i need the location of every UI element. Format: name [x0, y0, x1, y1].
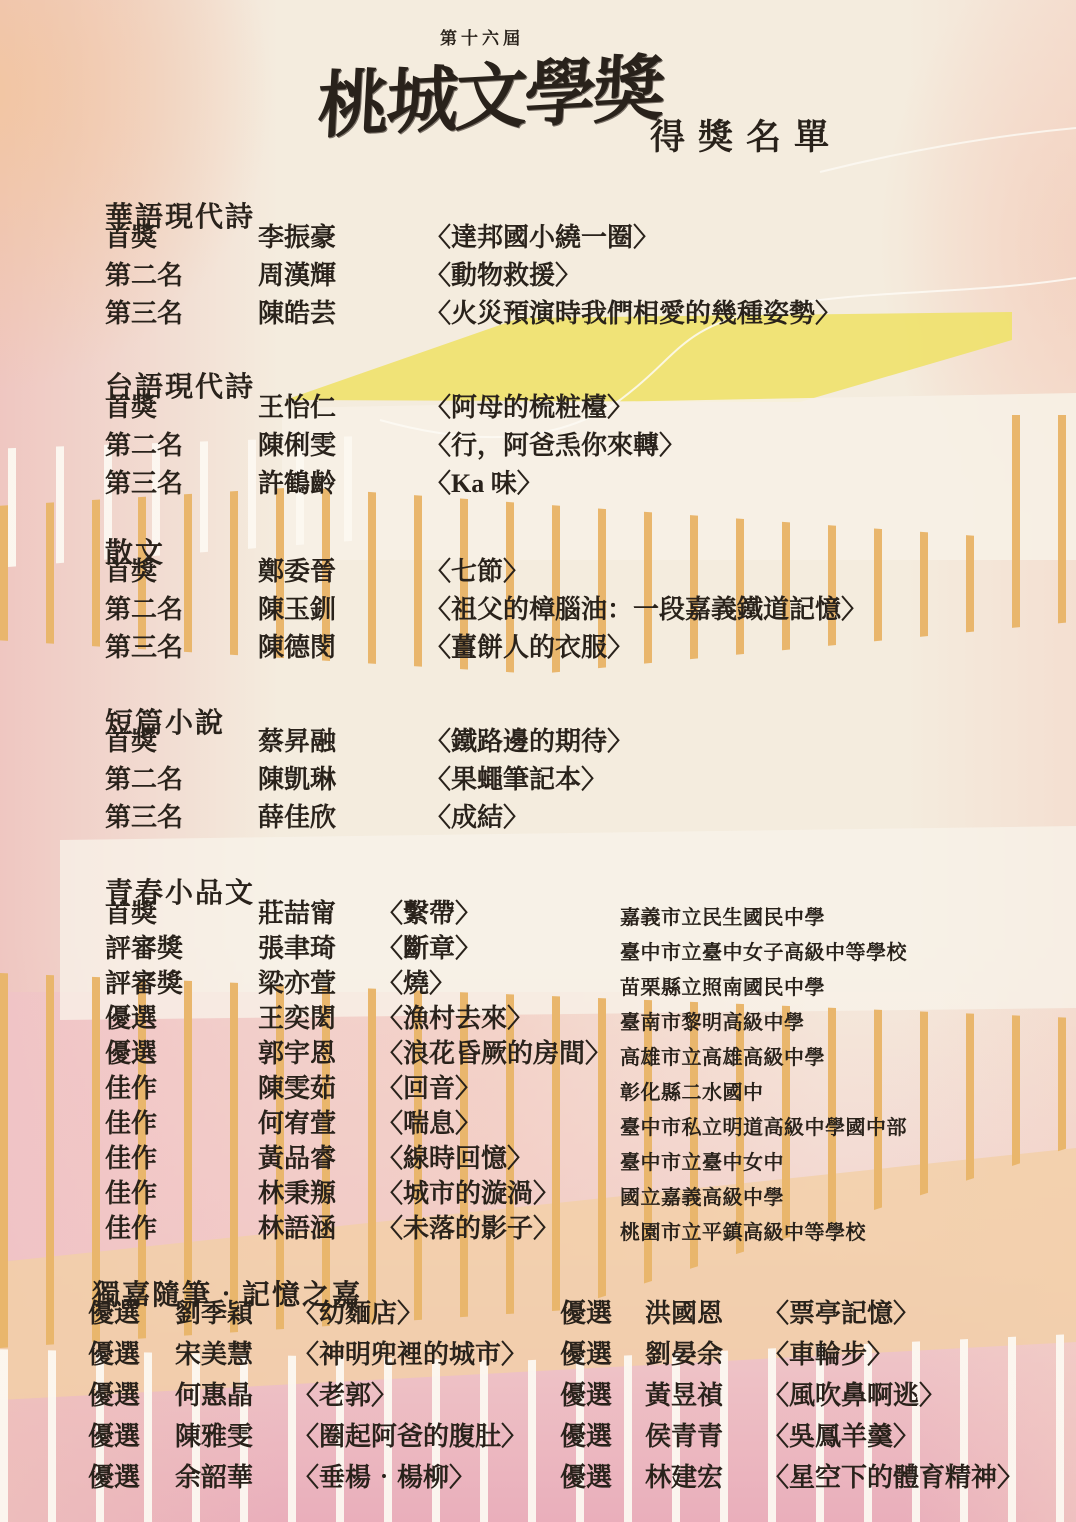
winner-name: 郭宇恩 — [258, 1038, 336, 1070]
work-title: 〈成結〉 — [425, 802, 529, 834]
winner-name: 黃昱禎 — [645, 1380, 723, 1412]
winner-name: 許鶴齡 — [258, 468, 336, 500]
rank-label: 佳作 — [105, 1213, 157, 1245]
work-title: 〈Ka 味〉 — [425, 468, 543, 500]
poster-content: 第十六屆 桃城文學獎 得獎名單 華語現代詩 首獎 李振豪 〈達邦國小繞一圈〉 第… — [0, 0, 1076, 1522]
winner-name: 薛佳欣 — [258, 802, 336, 834]
school-name: 臺中市立臺中女中 — [620, 1147, 784, 1179]
rank-label: 第三名 — [105, 802, 183, 834]
work-title: 〈幼麵店〉 — [293, 1298, 423, 1330]
winner-name: 林秉羱 — [258, 1178, 336, 1210]
winner-name: 李振豪 — [258, 222, 336, 254]
school-name: 桃園市立平鎮高級中等學校 — [620, 1217, 866, 1249]
work-title: 〈未落的影子〉 — [377, 1213, 559, 1245]
work-title: 〈漁村去來〉 — [377, 1003, 533, 1035]
work-title: 〈阿母的梳粧檯〉 — [425, 392, 633, 424]
rank-label: 優選 — [560, 1380, 612, 1412]
rank-label: 優選 — [105, 1038, 157, 1070]
winner-name: 陳雯茹 — [258, 1073, 336, 1105]
rank-label: 首獎 — [105, 556, 157, 588]
school-name: 臺中市立臺中女子高級中等學校 — [620, 937, 907, 969]
work-title: 〈果蠅筆記本〉 — [425, 764, 607, 796]
rank-label: 第三名 — [105, 632, 183, 664]
school-name: 臺南市黎明高級中學 — [620, 1007, 805, 1039]
work-title: 〈燒〉 — [377, 968, 455, 1000]
winner-name: 余韶華 — [175, 1462, 253, 1494]
winner-name: 何宥萱 — [258, 1108, 336, 1140]
poster-page: 第十六屆 桃城文學獎 得獎名單 華語現代詩 首獎 李振豪 〈達邦國小繞一圈〉 第… — [0, 0, 1076, 1522]
work-title: 〈行，阿爸𤆬你來轉〉 — [425, 430, 685, 462]
rank-label: 首獎 — [105, 222, 157, 254]
school-name: 彰化縣二水國中 — [620, 1077, 764, 1109]
work-title: 〈達邦國小繞一圈〉 — [425, 222, 659, 254]
rank-label: 優選 — [88, 1298, 140, 1330]
rank-label: 優選 — [88, 1339, 140, 1371]
work-title: 〈吳鳳羊羹〉 — [763, 1421, 919, 1453]
rank-label: 首獎 — [105, 392, 157, 424]
winner-name: 莊喆甯 — [258, 898, 336, 930]
winner-name: 蔡昇融 — [258, 726, 336, 758]
rank-label: 優選 — [560, 1421, 612, 1453]
work-title: 〈風吹鼻啊逃〉 — [763, 1380, 945, 1412]
work-title: 〈繫帶〉 — [377, 898, 481, 930]
rank-label: 佳作 — [105, 1108, 157, 1140]
rank-label: 第二名 — [105, 260, 183, 292]
rank-label: 優選 — [105, 1003, 157, 1035]
work-title: 〈老郭〉 — [293, 1380, 397, 1412]
rank-label: 第二名 — [105, 764, 183, 796]
winner-name: 王怡仁 — [258, 392, 336, 424]
winner-name: 陳雅雯 — [175, 1421, 253, 1453]
rank-label: 首獎 — [105, 898, 157, 930]
winners-list-subtitle: 得獎名單 — [650, 110, 842, 160]
award-title-calligraphy: 桃城文學獎 — [315, 30, 665, 152]
rank-label: 第三名 — [105, 468, 183, 500]
rank-label: 優選 — [88, 1421, 140, 1453]
work-title: 〈回音〉 — [377, 1073, 481, 1105]
school-name: 苗栗縣立照南國民中學 — [620, 972, 825, 1004]
rank-label: 首獎 — [105, 726, 157, 758]
school-name: 臺中市私立明道高級中學國中部 — [620, 1112, 907, 1144]
rank-label: 佳作 — [105, 1073, 157, 1105]
rank-label: 評審獎 — [105, 968, 183, 1000]
winner-name: 劉晏余 — [645, 1339, 723, 1371]
winner-name: 王奕閎 — [258, 1003, 336, 1035]
work-title: 〈垂楊‧楊柳〉 — [293, 1462, 475, 1494]
winner-name: 侯青青 — [645, 1421, 723, 1453]
winner-name: 陳皓芸 — [258, 298, 336, 330]
work-title: 〈神明兜裡的城市〉 — [293, 1339, 527, 1371]
winner-name: 梁亦萱 — [258, 968, 336, 1000]
winner-name: 周漢輝 — [258, 260, 336, 292]
work-title: 〈圈起阿爸的腹肚〉 — [293, 1421, 527, 1453]
rank-label: 優選 — [88, 1380, 140, 1412]
work-title: 〈薑餅人的衣服〉 — [425, 632, 633, 664]
rank-label: 第三名 — [105, 298, 183, 330]
work-title: 〈動物救援〉 — [425, 260, 581, 292]
winner-name: 林語涵 — [258, 1213, 336, 1245]
winner-name: 洪國恩 — [645, 1298, 723, 1330]
school-name: 嘉義市立民生國民中學 — [620, 902, 825, 934]
rank-label: 佳作 — [105, 1143, 157, 1175]
work-title: 〈斷章〉 — [377, 933, 481, 965]
work-title: 〈浪花昏厥的房間〉 — [377, 1038, 611, 1070]
work-title: 〈城市的漩渦〉 — [377, 1178, 559, 1210]
work-title: 〈票亭記憶〉 — [763, 1298, 919, 1330]
work-title: 〈喘息〉 — [377, 1108, 481, 1140]
rank-label: 第二名 — [105, 430, 183, 462]
school-name: 高雄市立高雄高級中學 — [620, 1042, 825, 1074]
winner-name: 陳俐雯 — [258, 430, 336, 462]
duo-left-column: 優選 劉季穎 〈幼麵店〉 優選 宋美慧 〈神明兜裡的城市〉 優選 何惠晶 〈老郭… — [88, 1250, 558, 1510]
work-title: 〈火災預演時我們相愛的幾種姿勢〉 — [425, 298, 841, 330]
winner-name: 何惠晶 — [175, 1380, 253, 1412]
rank-label: 佳作 — [105, 1178, 157, 1210]
duo-right-column: 優選 洪國恩 〈票亭記憶〉 優選 劉晏余 〈車輪步〉 優選 黃昱禎 〈風吹鼻啊逃… — [560, 1250, 1076, 1510]
winner-name: 陳德閔 — [258, 632, 336, 664]
work-title: 〈線時回憶〉 — [377, 1143, 533, 1175]
work-title: 〈車輪步〉 — [763, 1339, 893, 1371]
work-title: 〈鐵路邊的期待〉 — [425, 726, 633, 758]
school-name: 國立嘉義高級中學 — [620, 1182, 784, 1214]
rank-label: 優選 — [88, 1462, 140, 1494]
rank-label: 優選 — [560, 1462, 612, 1494]
work-title: 〈七節〉 — [425, 556, 529, 588]
rank-label: 第二名 — [105, 594, 183, 626]
winner-name: 張聿琦 — [258, 933, 336, 965]
rank-label: 優選 — [560, 1298, 612, 1330]
winner-name: 宋美慧 — [175, 1339, 253, 1371]
winner-name: 劉季穎 — [175, 1298, 253, 1330]
winner-name: 陳玉釧 — [258, 594, 336, 626]
winner-name: 陳凱琳 — [258, 764, 336, 796]
rank-label: 評審獎 — [105, 933, 183, 965]
winner-name: 鄭委晉 — [258, 556, 336, 588]
work-title: 〈祖父的樟腦油：一段嘉義鐵道記憶〉 — [425, 594, 867, 626]
rank-label: 優選 — [560, 1339, 612, 1371]
winner-name: 黃品睿 — [258, 1143, 336, 1175]
work-title: 〈星空下的體育精神〉 — [763, 1462, 1023, 1494]
winner-name: 林建宏 — [645, 1462, 723, 1494]
